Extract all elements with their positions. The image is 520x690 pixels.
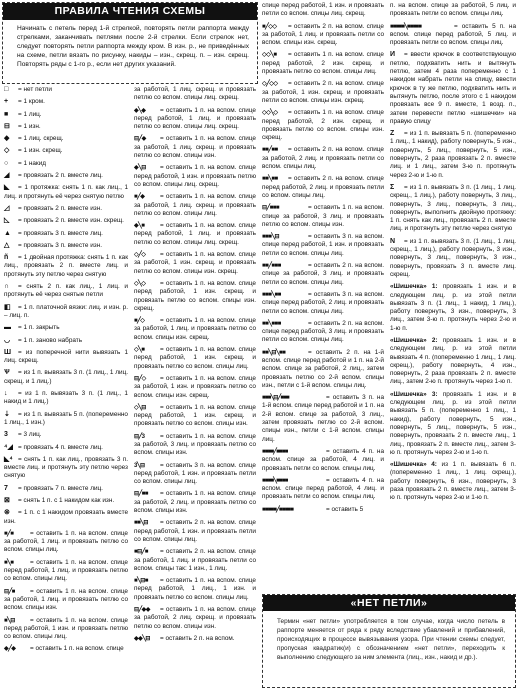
legend-item-text: = 1 п. заново набрать: [18, 337, 82, 344]
legend-item: ◇╲◇= оставить 1 п. на вспом. спице перед…: [134, 280, 256, 313]
legend-item: ◢= провязать 2 п. вместе лиц.: [4, 172, 128, 180]
left-decrease-icon: ◣: [4, 184, 16, 192]
legend-item: ◇╱◇= оставить 1 п. на вспом. спице за ра…: [134, 251, 256, 276]
legend-item: ◆╲◆= оставить 1 п. на вспом. спице перед…: [134, 107, 256, 132]
legend-item: ◣⁴= снять 1 п. как лиц., провязать 3 п. …: [4, 456, 128, 481]
legend-item-text: = ввести крючок в соответствующую петлю,…: [390, 51, 516, 124]
left-decrease-purl-icon: ◺: [4, 217, 16, 225]
legend-item: ⊟╱■■= оставить 1 п. на вспом. спице за р…: [134, 490, 256, 515]
legend-item: ■■╲⊟= оставить 2 п. на вспом. спице пере…: [134, 519, 256, 544]
reading-rules-text: Начинать с петель перед 1-й стрелкой, по…: [3, 20, 257, 69]
legend-item: ■■╱■■= оставить 2 п. на вспом. спице за …: [262, 146, 384, 171]
legend-item: ◇◇╲◇= оставить 1 п. на вспом. спице пере…: [262, 109, 384, 142]
right-decrease-icon: ◢: [4, 172, 16, 180]
decrease-4-left-icon: ◣⁴: [4, 456, 16, 464]
legend-item: Ш= из поперечной нити вывязать 1 лиц. ск…: [4, 349, 128, 366]
legend-item: ◡= 1 п. заново набрать: [4, 337, 128, 345]
cable-icon: ⊟╱■: [4, 588, 28, 596]
legend-item-text: = оставить 1 п. на вспом. спице: [30, 645, 124, 652]
cable-icon: ■■■■■╱■■■■■: [262, 506, 324, 514]
three-knit-icon: 3: [4, 431, 16, 439]
legend-item: 3= 3 лиц.: [4, 431, 128, 439]
cable-icon: ⊟╱■■: [134, 490, 158, 498]
legend-column-2: за работой, 1 лиц. скрещ. и провязать пе…: [134, 86, 256, 647]
increase-3-yo-icon: ↓: [4, 390, 16, 398]
cable-icon: ◇╲⊟: [134, 404, 158, 412]
no-stitch-text: Термин «нет петли» употребляется в том с…: [263, 611, 515, 662]
cable-icon: ■■■■╲■■■■: [262, 477, 324, 485]
cable-icon: ◆╱◆: [4, 645, 28, 653]
cable-icon: ⊟╱◇: [134, 375, 158, 383]
legend-item: ■■■■╱■■■■= оставить 4 п. на вспом. спице…: [262, 448, 384, 473]
sigma-bobble-icon: Σ: [390, 184, 402, 192]
cable-icon: 3╲⊟: [134, 462, 158, 470]
cable-icon: ■╱■: [4, 530, 28, 538]
legend-item: ◇◇╲■= оставить 1 п. на вспом. спице пере…: [262, 51, 384, 76]
cable-icon: ◇╱◇◇: [262, 80, 286, 88]
legend-item: ■■╲⊟╲■■= оставить 2 п. на 1-й вспом. спи…: [262, 349, 384, 390]
legend-item-text: = 1 изн.: [18, 123, 41, 130]
legend-item: ■■■■╲■■■■= оставить 4 п. на вспом. спице…: [262, 477, 384, 502]
legend-item-text: = провязать 4 п. вместе лиц.: [18, 444, 103, 451]
legend-item-text: спице перед работой, 1 изн. и провязать …: [262, 2, 384, 17]
legend-item: ◆╱◆= оставить 1 п. на вспом. спице: [4, 645, 128, 653]
legend-item: ■■■■■╱■■■■■= оставить 5: [262, 506, 384, 514]
legend-item-text: провязать 1 изн. и в следующем лиц. р. и…: [390, 283, 516, 331]
legend-item: ⊟╱3= оставить 1 п. на вспом. спице за ра…: [134, 433, 256, 458]
bind-off-icon: ▬: [4, 324, 16, 332]
legend-item: ■╲⊟■= оставить 1 п. на вспом. спице пере…: [134, 577, 256, 602]
legend-item-text: = 3 лиц.: [18, 431, 42, 438]
legend-item: ◣= 1 протяжка: снять 1 п. как лиц., 1 ли…: [4, 184, 128, 201]
cable-icon: ■■╱■■: [262, 146, 286, 154]
legend-item-text: = 1 изн. скрещ.: [18, 147, 63, 154]
legend-item-text: = оставить 3 п. на 1-й вспом. спице пере…: [262, 394, 384, 442]
legend-item-text: п. на вспом. спице за работой, 5 лиц. и …: [390, 2, 516, 17]
legend-item: ■■╱■■■= оставить 2 п. на вспом. спице за…: [262, 262, 384, 287]
legend-item: 3╲⊟= оставить 3 п. на вспом. спице перед…: [134, 462, 256, 487]
plus-icon: +: [4, 98, 16, 106]
legend-item: ▬= 1 п. закрыть: [4, 324, 128, 332]
legend-item: Ѱ= из 1 п. вывязать 3 п. (1 лиц., 1 лиц.…: [4, 369, 128, 386]
legend-item: ○= 1 накид: [4, 160, 128, 168]
cable-icon: ■╱◇◇: [262, 23, 286, 31]
legend-item: △= провязать 3 п. вместе изн.: [4, 242, 128, 250]
legend-item-text: = оставить 5: [326, 506, 363, 513]
legend-item: И= ввести крючок в соответствующую петлю…: [390, 51, 516, 126]
filled-square-icon: ■: [4, 111, 16, 119]
legend-item: «Шишечка» 4: из 1 п. вывязать 6 п. (попе…: [390, 461, 516, 502]
legend-item-text: = из 1 п. вывязать 3 п. (1 лиц., 1 накид…: [4, 390, 128, 405]
empty-square-icon: □: [4, 86, 16, 94]
legend-item-text: = из 1 п. вывязать 5 п. (попеременно 1 л…: [390, 130, 516, 178]
reading-rules-box: ПРАВИЛА ЧТЕНИЯ СХЕМЫ Начинать с петель п…: [2, 2, 258, 84]
legend-item: 7= провязать 7 п. вместе лиц.: [4, 485, 128, 493]
cable-icon: ■■■■■╲■■■■■: [390, 23, 452, 31]
legend-item: ⊟╱◆◆= оставить 1 п. на вспом. спице за р…: [134, 606, 256, 631]
cable-icon: ◆◆╲⊟: [134, 635, 158, 643]
arch-icon: ∩: [4, 283, 16, 291]
reading-rules-title: ПРАВИЛА ЧТЕНИЯ СХЕМЫ: [3, 3, 257, 20]
cable-icon: ■■╲⊟╲■■: [262, 349, 306, 357]
legend-item-text: = снять 1 п. с 1 накидом как изн.: [18, 497, 114, 504]
legend-item: спице перед работой, 1 изн. и провязать …: [262, 2, 384, 19]
legend-item: □= нет петли: [4, 86, 128, 94]
filled-triangle-icon: ▲: [4, 230, 16, 238]
cable-icon: ◆╲◆: [134, 107, 158, 115]
legend-item: ■╲■= оставить 1 п. на вспом. спице перед…: [4, 559, 128, 584]
bobble-label: «Шишечка» 4:: [390, 461, 437, 468]
cable-icon: ■⊟╱■: [134, 548, 158, 556]
slip-yo-icon: ⊠: [4, 497, 16, 505]
legend-column-1: □= нет петли+= 1 кром.■= 1 лиц.⊟= 1 изн.…: [4, 86, 128, 658]
legend-item-text: = 1 п. платочной вязки: лиц. и изн. р. –…: [4, 304, 128, 319]
filled-diamond-icon: ◆: [4, 135, 16, 143]
cable-icon: ⊟╱■■■: [262, 204, 306, 212]
bobble-label: «Шишечка» 3:: [390, 391, 438, 398]
legend-item: ⊟╱■■■= оставить 1 п. на вспом. спице за …: [262, 204, 384, 229]
legend-item-text: = из 1 п. вывязать 3 п. (1 лиц., 1 лиц. …: [390, 184, 516, 232]
legend-item: ■╲⊟= оставить 1 п. на вспом. спице перед…: [4, 617, 128, 642]
legend-item: «Шишечка» 2: провязать 1 изн. и в следую…: [390, 337, 516, 387]
bobble-label: «Шишечка» 1:: [390, 283, 438, 290]
legend-item: ↓= из 1 п. вывязать 3 п. (1 лиц., 1 наки…: [4, 390, 128, 407]
legend-item-text: = оставить 2 п. на вспом.: [160, 635, 235, 642]
legend-item-text: = снять 2 п. как лиц., 1 лиц. и протянут…: [4, 283, 128, 298]
cable-icon: ◇◇╲■: [262, 51, 286, 59]
legend-item-text: провязать 1 изн. и в следующем лиц. р. и…: [390, 337, 516, 385]
legend-item: «Шишечка» 1: провязать 1 изн. и в следую…: [390, 283, 516, 333]
legend-item: ⊟= 1 изн.: [4, 123, 128, 131]
legend-item-text: за работой, 1 лиц. скрещ. и провязать пе…: [134, 86, 256, 101]
n-bobble-icon: N: [390, 238, 402, 246]
legend-item: ñ= 1 двойная протяжка: снять 1 п. как ли…: [4, 254, 128, 279]
cable-icon: ⊟╱3: [134, 433, 158, 441]
make-one-icon: Ш: [4, 349, 16, 357]
legend-item: ⁴◢= провязать 4 п. вместе лиц.: [4, 444, 128, 452]
legend-item-text: = провязать 7 п. вместе лиц.: [18, 485, 103, 492]
legend-item: ◇╲■= оставить 1 п. на вспом. спице перед…: [134, 346, 256, 371]
legend-item: ◇= 1 изн. скрещ.: [4, 147, 128, 155]
legend-item: ◇╲⊟= оставить 1 п. на вспом. спице перед…: [134, 404, 256, 429]
legend-item: ■■╲■■= оставить 2 п. на вспом. спице пер…: [262, 175, 384, 200]
legend-item: ◆╲⊟= оставить 1 п. на вспом. спице перед…: [134, 164, 256, 189]
legend-item: ◇╱◇◇= оставить 2 п. на вспом. спице за р…: [262, 80, 384, 105]
legend-item-text: = провязать 3 п. вместе изн.: [18, 242, 102, 249]
legend-item: ■■■╲⊟= оставить 3 п. на вспом. спице пер…: [262, 233, 384, 258]
legend-column-3: спице перед работой, 1 изн. и провязать …: [262, 2, 384, 518]
legend-item-text: = провязать 2 п. вместе лиц.: [18, 172, 103, 179]
legend-item: ◆╲■= оставить 1 п. на вспом. спице перед…: [134, 222, 256, 247]
legend-item-text: = 1 лиц.: [18, 111, 42, 118]
legend-item-text: = провязать 2 п. вместе изн. скрещ.: [18, 217, 124, 224]
legend-item: ◆◆╲⊟= оставить 2 п. на вспом.: [134, 635, 256, 643]
legend-item-text: = провязать 2 п. вместе изн.: [18, 205, 102, 212]
cable-icon: ◇╲◇: [134, 280, 158, 288]
legend-item: ■⊟╱■= оставить 2 п. на вспом. спице за р…: [134, 548, 256, 573]
cable-icon: ⊟╱◆: [134, 135, 158, 143]
cast-on-icon: ◡: [4, 337, 16, 345]
cable-icon: ■╱◆: [134, 193, 158, 201]
hollow-triangle-icon: △: [4, 242, 16, 250]
legend-item: += 1 кром.: [4, 98, 128, 106]
seven-decrease-icon: 7: [4, 485, 16, 493]
legend-column-4: п. на вспом. спице за работой, 5 лиц. и …: [390, 2, 516, 507]
legend-item: за работой, 1 лиц. скрещ. и провязать пе…: [134, 86, 256, 103]
legend-item: ⇣= из 1 п. вывязать 5 п. (попеременно 1 …: [4, 411, 128, 428]
legend-item: ■╱◇◇= оставить 2 п. на вспом. спице за р…: [262, 23, 384, 48]
legend-item: ▲= провязать 3 п. вместе лиц.: [4, 230, 128, 238]
legend-item: «Шишечка» 3: провязать 1 изн. и в следую…: [390, 391, 516, 457]
legend-item: ⊗= 1 п. с 1 накидом провязать вместе изн…: [4, 509, 128, 526]
bobble-crochet-icon: И: [390, 51, 402, 59]
legend-item: ⊟╱■= оставить 1 п. на вспом. спице за ра…: [4, 588, 128, 613]
legend-item-text: = провязать 3 п. вместе лиц.: [18, 230, 103, 237]
legend-item: ⊟╱◆= оставить 1 п. на вспом. спице за ра…: [134, 135, 256, 160]
legend-item-text: = 1 двойная протяжка: снять 1 п. как лиц…: [4, 254, 128, 278]
legend-item: Z= из 1 п. вывязать 5 п. (попеременно 1 …: [390, 130, 516, 180]
legend-item: ■= 1 лиц.: [4, 111, 128, 119]
legend-item-text: = из 1 п. вывязать 3 п. (1 лиц., 1 лиц. …: [390, 238, 516, 278]
knitting-legend-page: ПРАВИЛА ЧТЕНИЯ СХЕМЫ Начинать с петель п…: [0, 0, 520, 690]
legend-item-text: = 1 накид: [18, 160, 46, 167]
no-stitch-box: «НЕТ ПЕТЛИ» Термин «нет петли» употребля…: [262, 594, 516, 688]
legend-item-text: = нет петли: [18, 86, 52, 93]
legend-item: ◆= 1 лиц. скрещ.: [4, 135, 128, 143]
increase-3-icon: Ѱ: [4, 369, 16, 377]
cable-icon: ◇◇╲◇: [262, 109, 286, 117]
legend-item-text: = 1 кром.: [18, 98, 45, 105]
legend-item: ◿= провязать 2 п. вместе изн.: [4, 205, 128, 213]
legend-item: ◧= 1 п. платочной вязки: лиц. и изн. р. …: [4, 304, 128, 321]
legend-item-text: = 1 лиц. скрещ.: [18, 135, 63, 142]
cable-icon: ■■■■╱■■■■: [262, 448, 324, 456]
yo-purl-together-icon: ⊗: [4, 509, 16, 517]
legend-item: ■■■╲■■= оставить 3 п. на вспом. спице пе…: [262, 291, 384, 316]
dash-square-icon: ⊟: [4, 123, 16, 131]
cable-icon: ◆╲⊟: [134, 164, 158, 172]
cable-icon: ■■╲■■■: [262, 320, 306, 328]
no-stitch-title: «НЕТ ПЕТЛИ»: [263, 595, 515, 611]
circle-icon: ○: [4, 160, 16, 168]
legend-item: ■╱■= оставить 1 п. на вспом. спице за ра…: [4, 530, 128, 555]
legend-item: ■╱◆= оставить 1 п. на вспом. спице за ра…: [134, 193, 256, 218]
legend-item-text: = из поперечной нити вывязать 1 лиц. скр…: [4, 349, 128, 364]
legend-item-text: = из 1 п. вывязать 5 п. (попеременно 1 л…: [4, 411, 128, 426]
legend-item: ■╱◇= оставить 1 п. на вспом. спице за ра…: [134, 317, 256, 342]
legend-item-text: = из 1 п. вывязать 3 п. (1 лиц., 1 лиц. …: [4, 369, 128, 384]
cable-icon: ■■╲⊟: [134, 519, 158, 527]
bobble-label: «Шишечка» 2:: [390, 337, 438, 344]
legend-item-text: = 1 п. с 1 накидом провязать вместе изн.: [4, 509, 128, 524]
legend-item: п. на вспом. спице за работой, 5 лиц. и …: [390, 2, 516, 19]
hollow-diamond-icon: ◇: [4, 147, 16, 155]
legend-item: ■■╲■■■= оставить 2 п. на вспом. спице пе…: [262, 320, 384, 345]
legend-item: ⊠= снять 1 п. с 1 накидом как изн.: [4, 497, 128, 505]
cable-icon: ■╲⊟: [4, 617, 28, 625]
legend-item-text: = снять 1 п. как лиц., провязать 3 п. вм…: [4, 456, 128, 480]
legend-item-text: провязать 1 изн. и в следующем лиц. р. и…: [390, 391, 516, 456]
legend-item-text: = 1 протяжка: снять 1 п. как лиц., 1 лиц…: [4, 184, 128, 199]
half-square-icon: ◧: [4, 304, 16, 312]
right-decrease-purl-icon: ◿: [4, 205, 16, 213]
cable-icon: ■■╲■■: [262, 175, 286, 183]
legend-item: N= из 1 п. вывязать 3 п. (1 лиц., 1 лиц.…: [390, 238, 516, 279]
legend-item-text: = 1 п. закрыть: [18, 324, 60, 331]
increase-5-icon: ⇣: [4, 411, 16, 419]
decrease-4-icon: ⁴◢: [4, 444, 16, 452]
cable-icon: ■■■╲■■: [262, 291, 306, 299]
double-decrease-icon: ñ: [4, 254, 16, 262]
legend-item: Σ= из 1 п. вывязать 3 п. (1 лиц., 1 лиц.…: [390, 184, 516, 234]
legend-item: ◺= провязать 2 п. вместе изн. скрещ.: [4, 217, 128, 225]
legend-item: ∩= снять 2 п. как лиц., 1 лиц. и протяну…: [4, 283, 128, 300]
legend-item: ■■■■■╲■■■■■= оставить 5 п. на вспом. спи…: [390, 23, 516, 48]
legend-item: ⊟╱◇= оставить 1 п. на вспом. спице за ра…: [134, 375, 256, 400]
cable-icon: ■╲■: [4, 559, 28, 567]
legend-item: ■■■╲⊟╱■■■= оставить 3 п. на 1-й вспом. с…: [262, 394, 384, 444]
